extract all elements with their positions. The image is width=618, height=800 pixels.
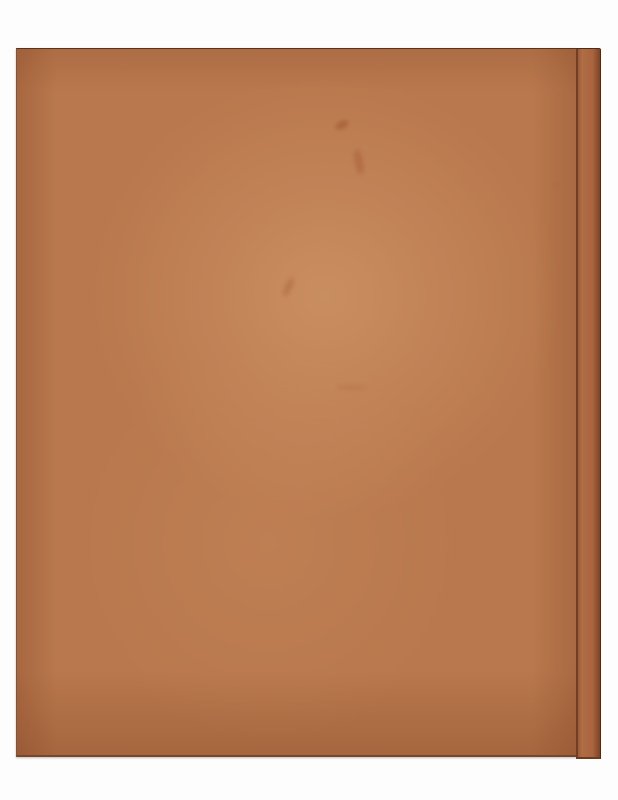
stain-mark [554,183,557,186]
book-spine [576,48,601,759]
spine-hinge [576,49,578,757]
stain-mark [334,118,350,131]
photo-scene [0,0,618,800]
stain-mark [337,385,367,390]
book-cover [16,48,577,757]
stain-mark [281,276,296,297]
stain-mark [353,149,365,176]
